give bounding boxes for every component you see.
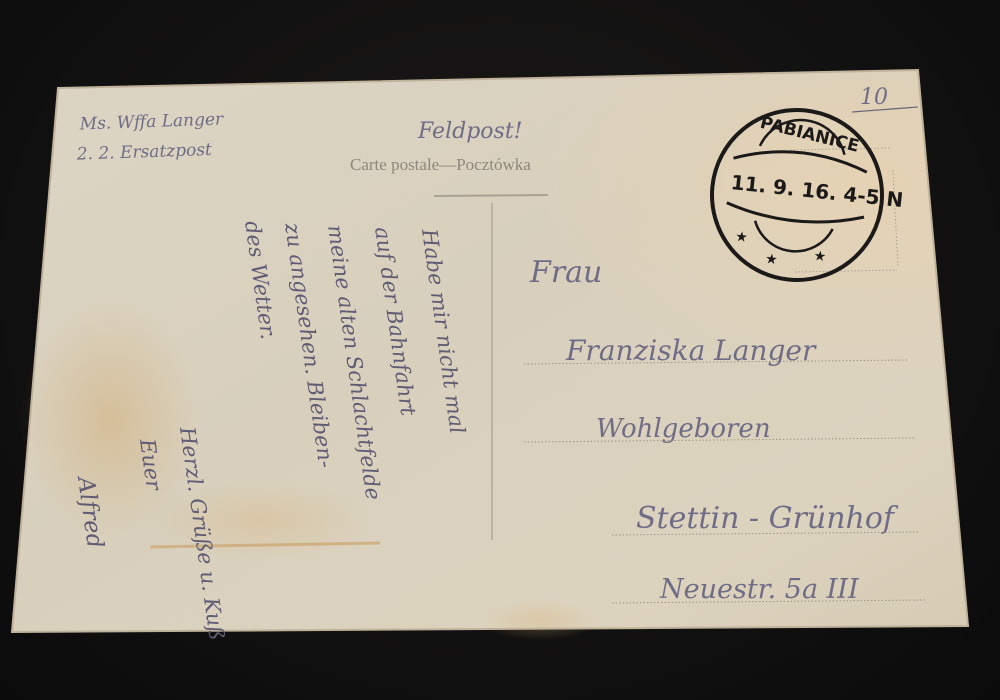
feldpost-handwritten-title: Feldpost! <box>417 119 523 144</box>
address-honorific: Wohlgeboren <box>596 414 771 444</box>
address-salutation: Frau <box>529 255 602 290</box>
postcard-photo: 10 Ms. Wffa Langer 2. 2. Ersatzpost Feld… <box>0 0 1000 700</box>
postmark-star-icon: ★ <box>734 229 748 246</box>
catalog-number-text: 10 <box>860 85 888 110</box>
address-name: Franziska Langer <box>565 334 817 367</box>
postmark-star-icon: ★ <box>813 248 827 265</box>
printed-heading: Carte postale—Pocztówka <box>350 155 531 174</box>
address-city: Stettin - Grünhof <box>636 501 899 536</box>
address-street: Neuestr. 5a III <box>659 574 860 605</box>
photo-scene: 10 Ms. Wffa Langer 2. 2. Ersatzpost Feld… <box>0 0 1000 700</box>
postmark-star-icon: ★ <box>764 251 778 268</box>
